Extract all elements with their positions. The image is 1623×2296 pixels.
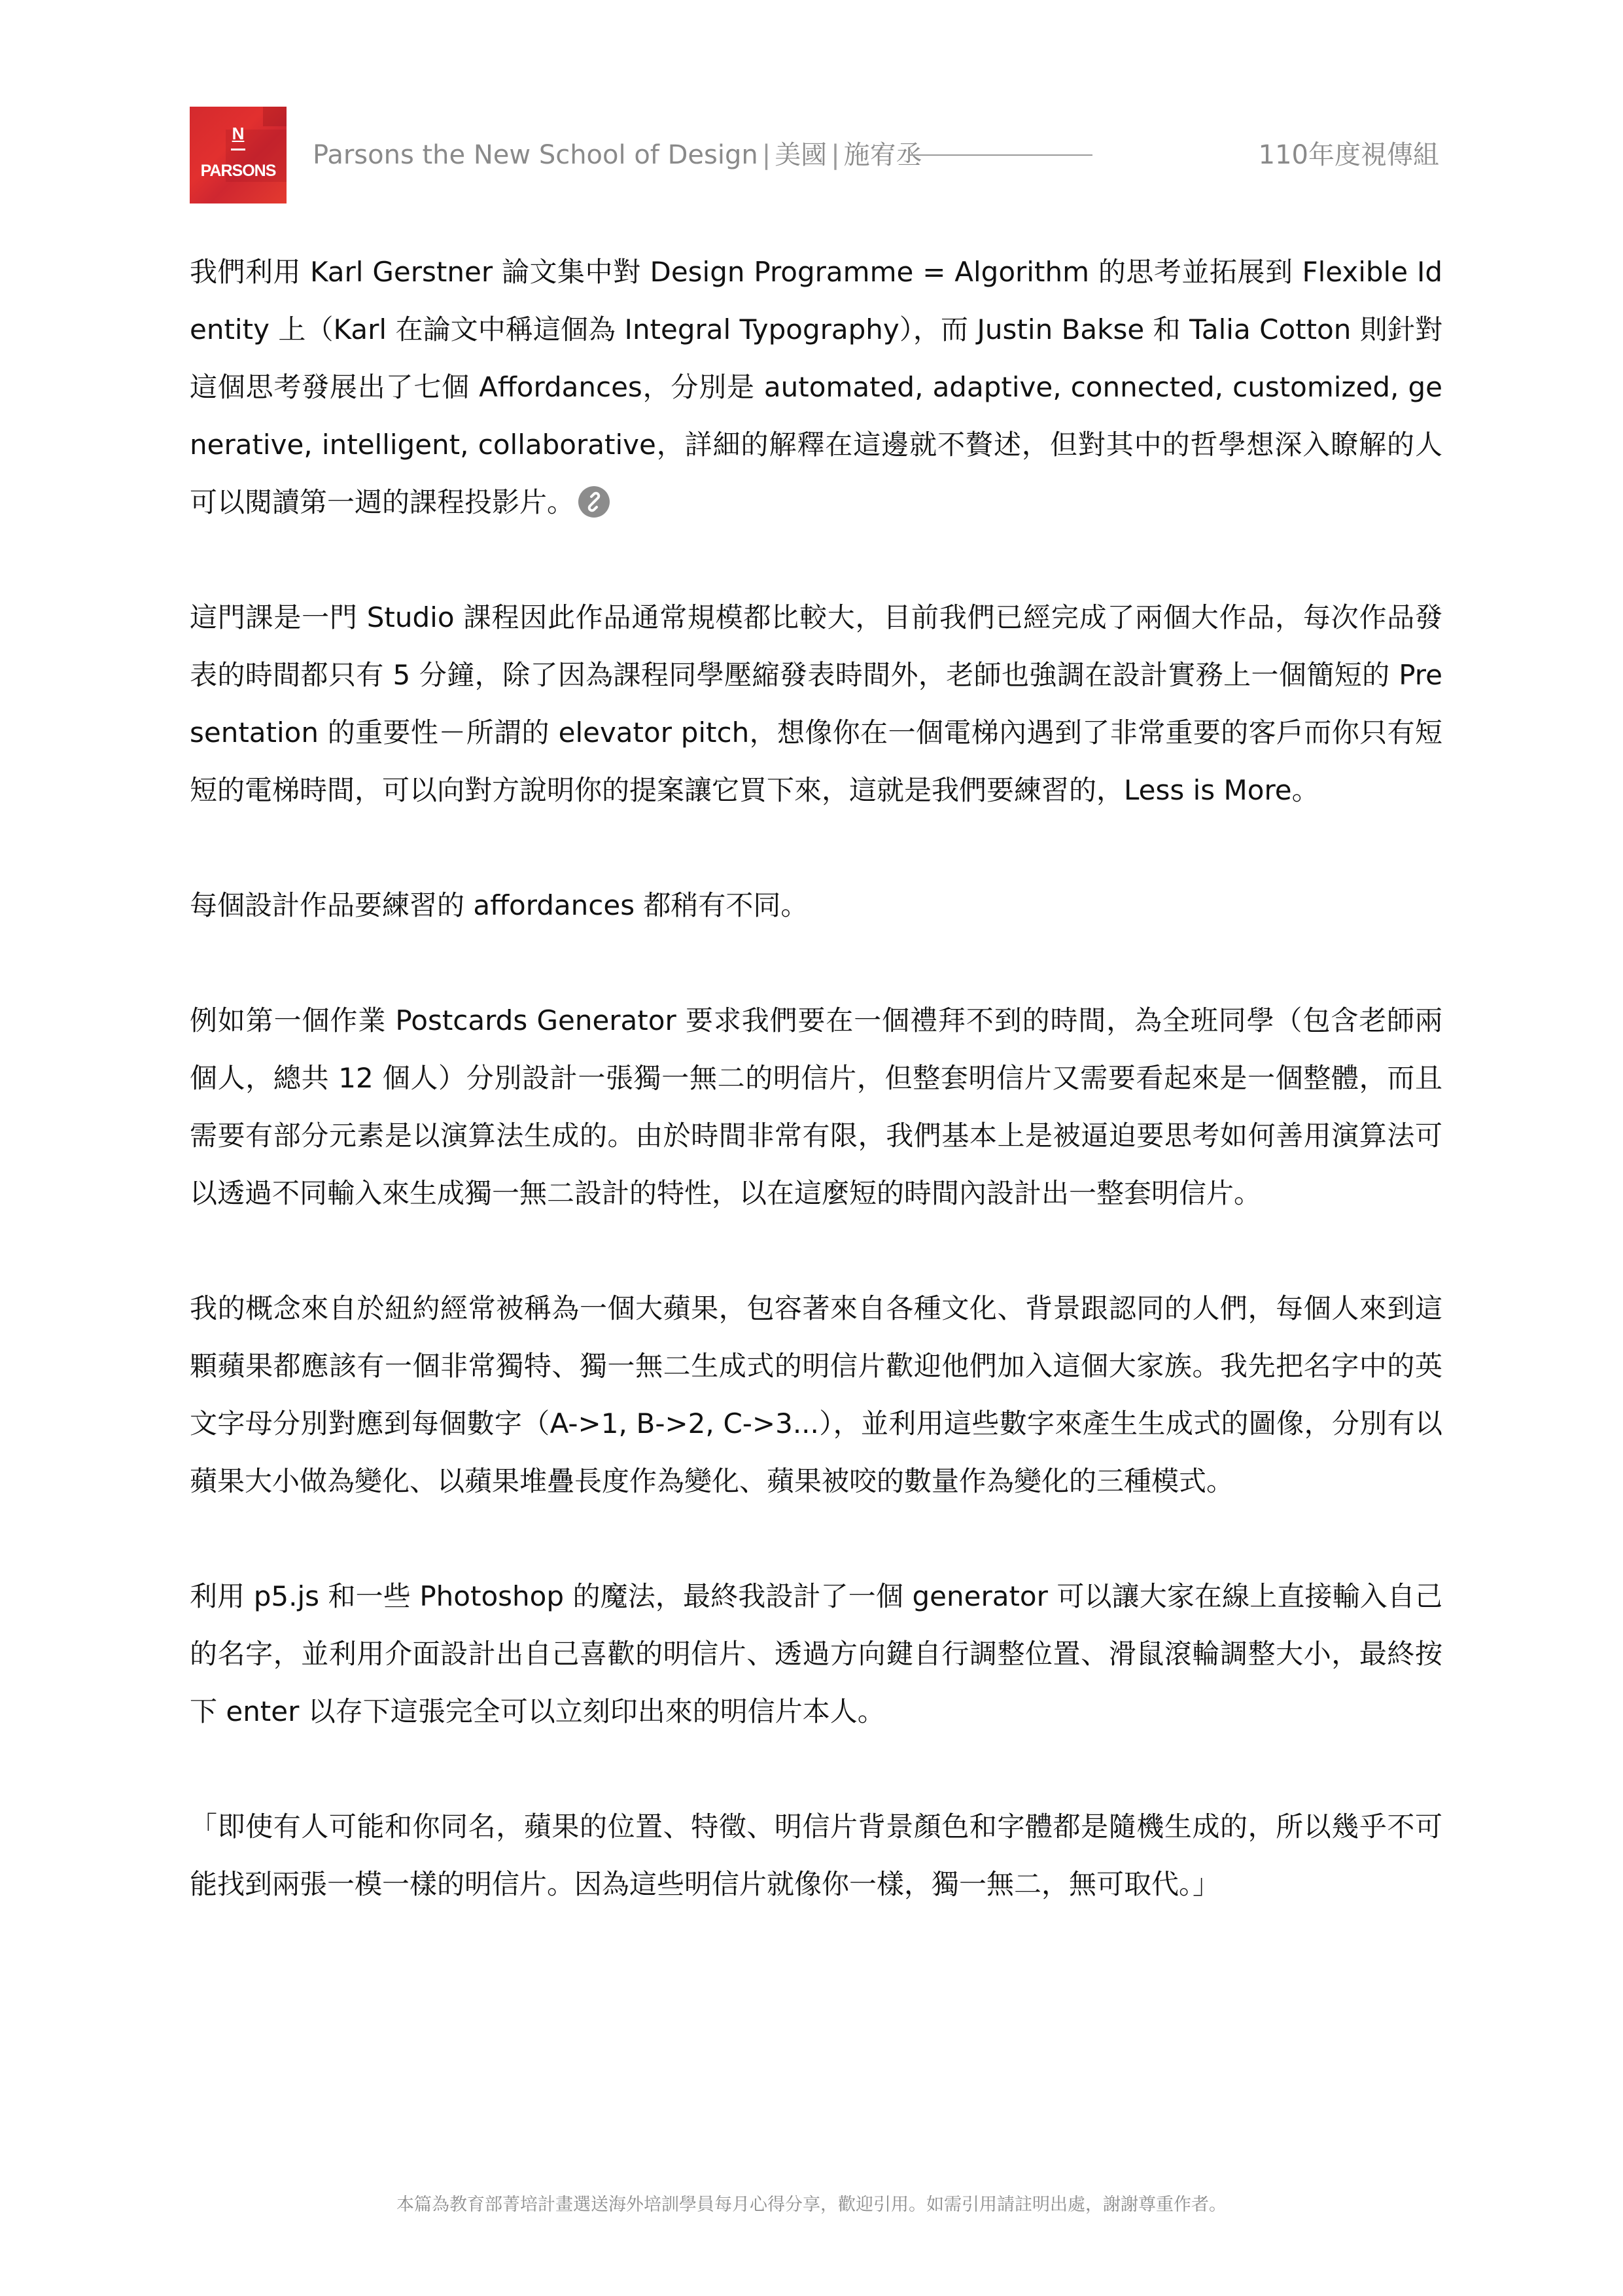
article-body: 我們利用 Karl Gerstner 論文集中對 Design Programm… bbox=[190, 243, 1442, 1971]
program-group: 110年度視傳組 bbox=[1259, 137, 1439, 173]
paragraph-generator: 利用 p5.js 和一些 Photoshop 的魔法，最終我設計了一個 gene… bbox=[190, 1568, 1442, 1740]
school-name: Parsons the New School of Design bbox=[313, 140, 758, 170]
logo-n-mark: N bbox=[190, 125, 287, 142]
parsons-logo: N PARSONS bbox=[190, 107, 287, 203]
country: 美國 bbox=[775, 140, 827, 170]
logo-shade bbox=[263, 107, 287, 126]
header-title: Parsons the New School of Design|美國|施宥丞 bbox=[313, 137, 922, 173]
paragraph-text: 我們利用 Karl Gerstner 論文集中對 Design Programm… bbox=[190, 256, 1442, 518]
header-divider bbox=[909, 154, 1092, 156]
page-footer: 本篇為教育部菁培計畫選送海外培訓學員每月心得分享，歡迎引用。如需引用請註明出處，… bbox=[0, 2192, 1623, 2218]
paragraph-studio: 這門課是一門 Studio 課程因此作品通常規模都比較大，目前我們已經完成了兩個… bbox=[190, 589, 1442, 819]
paragraph-quote: 「即使有人可能和你同名，蘋果的位置、特徵、明信片背景顏色和字體都是隨機生成的，所… bbox=[190, 1798, 1442, 1913]
logo-bar bbox=[231, 149, 245, 150]
paragraph-affordances-differ: 每個設計作品要練習的 affordances 都稍有不同。 bbox=[190, 877, 1442, 934]
logo-wordmark: PARSONS bbox=[190, 162, 287, 180]
paragraph-affordances: 我們利用 Karl Gerstner 論文集中對 Design Programm… bbox=[190, 243, 1442, 531]
separator: | bbox=[758, 140, 775, 170]
separator: | bbox=[827, 140, 843, 170]
page-header: N PARSONS Parsons the New School of Desi… bbox=[190, 107, 1439, 203]
paragraph-postcards: 例如第一個作業 Postcards Generator 要求我們要在一個禮拜不到… bbox=[190, 992, 1442, 1222]
paragraph-concept: 我的概念來自於紐約經常被稱為一個大蘋果，包容著來自各種文化、背景跟認同的人們，每… bbox=[190, 1280, 1442, 1510]
link-icon[interactable] bbox=[578, 486, 610, 518]
